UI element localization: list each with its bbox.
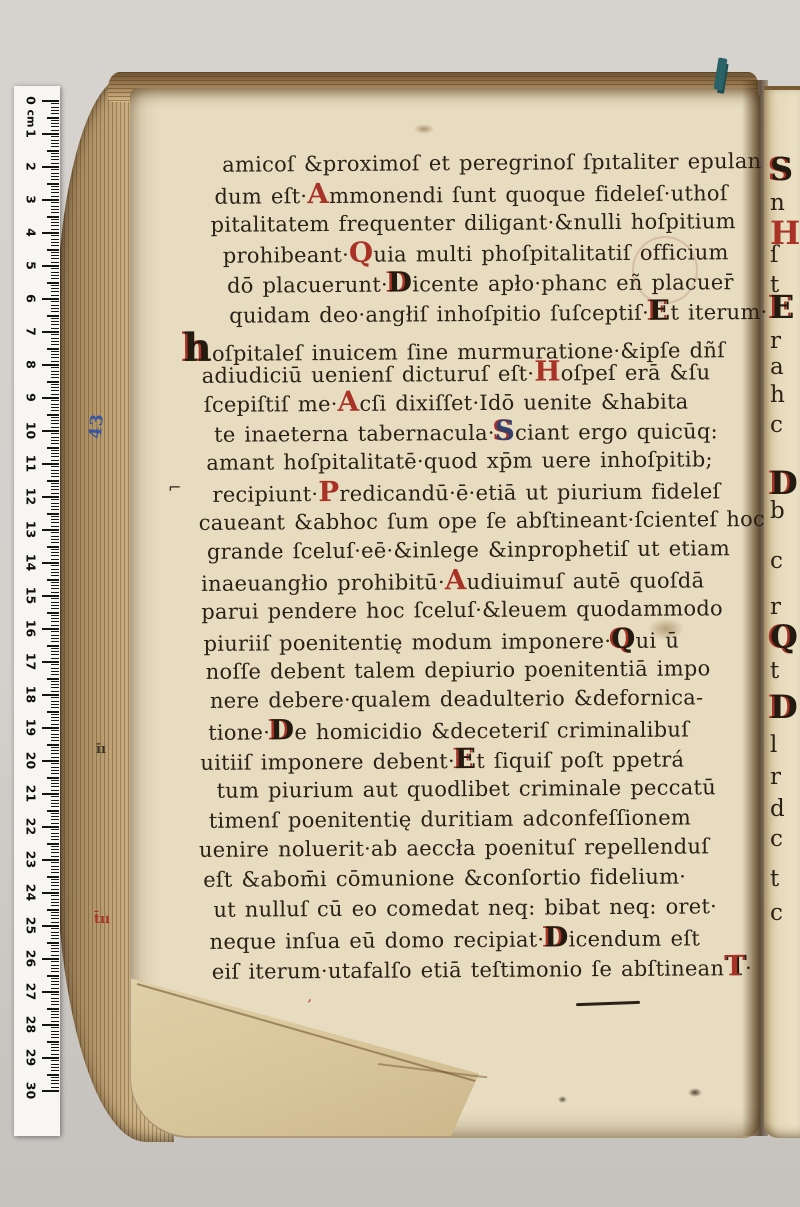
manuscript-line: hoſpitaleſ inuicem ſine murmuratione·&ip… — [183, 326, 758, 360]
ruler-tick — [42, 463, 59, 465]
ruler-tick — [51, 1054, 59, 1055]
ruler-tick — [51, 400, 59, 401]
text-segment: ut nulluſ cū eo comedat neq: bibat neq: … — [213, 894, 717, 922]
ruler-tick — [51, 489, 59, 490]
ruler-tick — [51, 862, 59, 863]
text-segment: t iterum· — [670, 300, 767, 325]
ruler-tick — [51, 572, 59, 573]
ruler-tick — [51, 291, 59, 292]
ruler-tick — [51, 592, 59, 593]
ruler-tick — [51, 882, 59, 883]
ruler-tick — [51, 681, 59, 682]
ruler-tick — [51, 202, 59, 203]
ruler-tick — [47, 810, 59, 812]
paragraph-mark: ⌐ — [168, 478, 181, 497]
decorated-initial: D — [388, 266, 413, 299]
ruler-tick — [51, 374, 59, 375]
ruler-tick — [47, 249, 59, 251]
ruler-tick — [51, 453, 59, 454]
ruler-tick — [51, 1021, 59, 1022]
ruler-tick — [51, 922, 59, 923]
text-segment: adiudiciū uenienſ dicturuſ eſt· — [202, 361, 535, 387]
ruler-tick — [51, 803, 59, 804]
ruler-tick — [51, 499, 59, 500]
ruler-tick — [42, 265, 59, 267]
facing-page-letter: b — [770, 498, 785, 524]
ruler-tick — [51, 932, 59, 933]
manuscript-line: uitiiſ imponere debent·Et ſiquiſ poſt pp… — [200, 743, 761, 777]
ruler-tick — [51, 951, 59, 952]
ruler-number: 13 — [24, 519, 39, 541]
text-segment: ciant ergo quicūq: — [515, 419, 718, 444]
ruler-tick — [51, 407, 59, 408]
facing-page-letter: D — [770, 688, 798, 726]
ruler-tick — [51, 506, 59, 507]
ruler-tick — [42, 562, 59, 564]
ruler-tick — [51, 757, 59, 758]
ruler-tick — [51, 753, 59, 754]
ruler-tick — [51, 988, 59, 989]
ruler-number: 1 — [24, 123, 39, 145]
text-segment: nere debere·qualem deadulterio &defornic… — [210, 686, 704, 713]
ruler-tick — [42, 628, 59, 630]
ruler-tick — [51, 1060, 59, 1061]
ruler-tick — [42, 331, 59, 333]
quire-mark-dark: ı̄ı — [96, 742, 106, 757]
manuscript-line: parui pendere hoc ſceluſ·&leuem quodammo… — [201, 594, 760, 628]
ruler-tick — [51, 819, 59, 820]
manuscript-line: recipiunt·Predicandū·ē·etiā ut piurium f… — [212, 475, 759, 509]
ruler-tick — [51, 638, 59, 639]
text-segment: cſi dixiſſet·Idō uenite &habita — [359, 390, 688, 416]
text-segment: icente apło·phanc eñ placuer̄ — [412, 270, 734, 296]
manuscript-line: ut nulluſ cū eo comedat neq: bibat neq: … — [213, 892, 762, 926]
ruler-tick — [42, 1024, 59, 1026]
ruler-tick — [51, 783, 59, 784]
ruler-tick — [51, 714, 59, 715]
ruler-tick — [51, 994, 59, 995]
ruler-tick — [42, 925, 59, 927]
decorated-initial: D — [544, 920, 569, 953]
text-segment: e homicidio &deceteriſ criminalibuſ — [294, 718, 689, 745]
text-segment: ui ū — [636, 628, 680, 652]
ruler-tick — [51, 1087, 59, 1088]
ruler-number: 20 — [24, 750, 39, 772]
text-segment: dum eſt· — [214, 184, 307, 209]
ruler-tick — [51, 344, 59, 345]
ruler-tick — [51, 176, 59, 177]
ruler-number: 15 — [24, 585, 39, 607]
ruler-tick — [51, 522, 59, 523]
ruler-tick — [51, 516, 59, 517]
ruler-tick — [51, 503, 59, 504]
ruler-tick — [51, 915, 59, 916]
ruler-tick — [51, 899, 59, 900]
ruler-tick — [51, 641, 59, 642]
ruler-tick — [51, 433, 59, 434]
ruler-tick — [51, 605, 59, 606]
ruler-tick — [47, 975, 59, 977]
ruler-tick — [51, 212, 59, 213]
ruler-tick — [47, 909, 59, 911]
ruler-tick — [51, 704, 59, 705]
ruler-tick — [51, 390, 59, 391]
ruler-tick — [51, 450, 59, 451]
ruler-tick — [51, 872, 59, 873]
ruler-tick — [51, 417, 59, 418]
ruler-tick — [51, 984, 59, 985]
ruler-tick — [51, 1047, 59, 1048]
ruler-tick — [51, 536, 59, 537]
ruler-tick — [51, 268, 59, 269]
ruler-tick — [42, 529, 59, 531]
ruler-tick — [51, 473, 59, 474]
ruler-tick — [51, 737, 59, 738]
ruler-tick — [47, 1041, 59, 1043]
ruler-tick — [47, 513, 59, 515]
ruler-tick — [51, 687, 59, 688]
ruler-tick — [42, 958, 59, 960]
facing-page-letter: S — [770, 150, 793, 188]
ruler-tick — [42, 727, 59, 729]
ruler-tick — [51, 103, 59, 104]
ruler-number: 9 — [24, 387, 39, 409]
ruler-tick — [51, 493, 59, 494]
ruler-tick — [51, 130, 59, 131]
ruler-tick — [51, 588, 59, 589]
ruler-tick — [51, 427, 59, 428]
ruler-tick — [51, 691, 59, 692]
ruler-tick — [51, 219, 59, 220]
ruler-tick — [51, 123, 59, 124]
ruler-tick — [51, 866, 59, 867]
ruler-tick — [51, 767, 59, 768]
ruler-tick — [51, 602, 59, 603]
ruler-tick — [51, 361, 59, 362]
ruler-tick — [47, 678, 59, 680]
facing-page-letter: n — [770, 190, 785, 216]
ruler-tick — [51, 255, 59, 256]
ruler-tick — [51, 555, 59, 556]
ruler-tick — [51, 829, 59, 830]
ruler-number: 24 — [24, 882, 39, 904]
ruler-tick — [51, 209, 59, 210]
ruler-tick — [51, 806, 59, 807]
ruler-tick — [51, 823, 59, 824]
ruler-tick — [51, 377, 59, 378]
manuscript-line: tum piurium aut quodlibet criminale pecc… — [216, 773, 761, 807]
decorated-initial: H — [534, 354, 561, 387]
ruler-tick — [47, 612, 59, 614]
facing-page-letter: c — [770, 900, 783, 926]
text-segment: pitalitatem frequenter diligant·&nulli h… — [211, 209, 736, 237]
ruler-tick — [51, 470, 59, 471]
ruler-tick — [51, 262, 59, 263]
ruler-tick — [51, 852, 59, 853]
ruler-tick — [42, 760, 59, 762]
ruler-tick — [51, 1011, 59, 1012]
ruler-tick — [51, 272, 59, 273]
ruler-tick — [51, 833, 59, 834]
manuscript-line: nere debere·qualem deadulterio &defornic… — [210, 683, 761, 717]
ruler-tick — [47, 447, 59, 449]
ruler-tick — [51, 621, 59, 622]
ruler-tick — [51, 770, 59, 771]
manuscript-line: dum eſt·Ammonendi ſunt quoque fideleſ·ut… — [214, 177, 757, 211]
ruler-tick — [51, 539, 59, 540]
ruler-tick — [51, 701, 59, 702]
ruler-tick — [51, 126, 59, 127]
facing-page-letter: d — [770, 796, 785, 822]
manuscript-line: adiudiciū uenienſ dicturuſ eſt·Hoſpeſ er… — [202, 356, 759, 390]
ruler-tick — [51, 800, 59, 801]
text-segment: mmonendi ſunt quoque fideleſ·uthoſ — [329, 181, 728, 208]
text-segment: dō placuerunt· — [227, 273, 388, 298]
ruler-tick — [51, 476, 59, 477]
ruler-tick — [51, 1077, 59, 1078]
ruler-tick — [51, 321, 59, 322]
text-segment: timenſ poenitentię duritiam adconfeſſion… — [209, 805, 691, 832]
decorated-initial: A — [337, 385, 359, 418]
manuscript-line: amant hoſpitalitatē·quod xp̄m uere inhoſ… — [206, 445, 759, 479]
ruler-tick — [51, 420, 59, 421]
ruler-number: 16 — [24, 618, 39, 640]
decorated-initial: T — [724, 949, 745, 982]
ruler-tick — [47, 348, 59, 350]
text-segment: t ſiquiſ poſt ppetrá — [476, 747, 684, 772]
manuscript-line: eiſ iterum·utafalſo etiā teſtimonio ſe a… — [212, 951, 763, 985]
manuscript-line: pitalitatem frequenter diligant·&nulli h… — [211, 207, 758, 241]
decorated-initial: Q — [349, 236, 374, 269]
ruler-tick — [51, 549, 59, 550]
ruler-tick — [47, 711, 59, 713]
ruler-tick — [47, 216, 59, 218]
ruler-tick — [47, 876, 59, 878]
ruler-tick — [51, 720, 59, 721]
ruler-tick — [51, 357, 59, 358]
manuscript-line: inaeuangłio prohibitū·Audiuimuſ autē quo… — [201, 564, 760, 598]
ruler-tick — [51, 189, 59, 190]
ruler-tick — [51, 836, 59, 837]
ruler-tick — [51, 1064, 59, 1065]
facing-page-letter: c — [770, 826, 783, 852]
ruler-tick — [51, 371, 59, 372]
text-segment: redicandū·ē·etiā ut piurium fideleſ — [339, 479, 720, 506]
ruler-tick — [51, 423, 59, 424]
ruler-tick — [42, 892, 59, 894]
manuscript-line: piuriiſ poenitentię modum imponere·Qui ū — [203, 624, 760, 658]
manuscript-line: neque inſua eū domo recipiat·Dicendum eſ… — [210, 922, 763, 956]
ruler-tick — [51, 275, 59, 276]
ruler-tick — [51, 945, 59, 946]
ruler-tick — [51, 928, 59, 929]
text-segment: tum piurium aut quodlibet criminale pecc… — [216, 775, 716, 802]
ruler-tick — [51, 635, 59, 636]
ruler-tick — [47, 150, 59, 152]
ruler-tick — [42, 166, 59, 168]
ruler-tick — [51, 1027, 59, 1028]
ruler-tick — [51, 697, 59, 698]
ruler-tick — [51, 585, 59, 586]
ruler-tick — [51, 625, 59, 626]
manuscript-line: eſt &abom̄i cōmunione &conſortio fideliu… — [203, 862, 762, 896]
ruler-tick — [51, 981, 59, 982]
ruler-tick — [51, 648, 59, 649]
decorated-initial: A — [445, 563, 467, 596]
ruler-tick — [51, 334, 59, 335]
facing-page-letter: t — [770, 866, 779, 892]
ruler-tick — [51, 717, 59, 718]
manuscript-line: caueant &abhoc ſum ope ſe abſtineant·ſci… — [199, 505, 760, 539]
ruler-tick — [51, 971, 59, 972]
ruler-tick — [51, 173, 59, 174]
ruler-tick — [51, 324, 59, 325]
text-segment: uitiiſ imponere debent· — [200, 749, 455, 775]
ruler-number: 4 — [24, 222, 39, 244]
ruler-tick — [42, 661, 59, 663]
ruler-tick — [51, 565, 59, 566]
ruler-tick — [51, 305, 59, 306]
ruler-tick — [51, 311, 59, 312]
ruler-tick — [51, 1037, 59, 1038]
ruler-tick — [51, 905, 59, 906]
ruler-tick — [51, 460, 59, 461]
ruler-tick — [51, 879, 59, 880]
ruler-tick — [51, 509, 59, 510]
ruler-tick — [42, 364, 59, 366]
ruler-tick — [51, 796, 59, 797]
ruler-tick — [47, 315, 59, 317]
ruler-number: 12 — [24, 486, 39, 508]
ruler-tick — [42, 991, 59, 993]
ruler-tick — [47, 579, 59, 581]
ruler-tick — [42, 232, 59, 234]
ruler-tick — [51, 671, 59, 672]
manuscript-line: tione·De homicidio &deceteriſ criminalib… — [208, 713, 761, 747]
facing-page-letter: t — [770, 658, 779, 684]
manuscript-line: grande ſceluſ·eē·&inlege &inprophetiſ ut… — [207, 534, 760, 568]
ruler-tick — [51, 575, 59, 576]
ruler-tick — [51, 519, 59, 520]
ruler-tick — [51, 440, 59, 441]
ruler-tick — [42, 859, 59, 861]
decorated-initial: D — [270, 713, 295, 746]
ruler-tick — [51, 773, 59, 774]
facing-page-letter: a — [770, 354, 784, 380]
ruler-tick — [51, 813, 59, 814]
ruler-tick — [51, 1067, 59, 1068]
manuscript-line: uenire noluerit·ab aeccła poenituſ repel… — [199, 832, 762, 866]
ruler-tick — [51, 780, 59, 781]
ruler-tick — [51, 1034, 59, 1035]
text-segment: udiuimuſ autē quoſdā — [467, 569, 705, 595]
ruler-tick — [51, 816, 59, 817]
ruler-tick — [51, 456, 59, 457]
ruler-tick — [42, 133, 59, 135]
manuscript-line: quidam deo·angłiſ inhoſpitio ſuſceptiſ·E… — [229, 296, 758, 329]
ruler-tick — [51, 1083, 59, 1084]
ruler-tick — [51, 225, 59, 226]
ruler-tick — [51, 885, 59, 886]
ruler-tick — [42, 826, 59, 828]
ruler-tick — [51, 935, 59, 936]
ruler-tick — [47, 414, 59, 416]
ruler-number: 0 — [24, 90, 39, 112]
ruler-tick — [51, 295, 59, 296]
ruler-tick — [51, 192, 59, 193]
facing-page-letter: c — [770, 412, 783, 438]
ruler-tick — [47, 942, 59, 944]
ruler-number: 7 — [24, 321, 39, 343]
facing-page-letter: l — [770, 732, 777, 758]
ruler-tick — [51, 856, 59, 857]
ruler-tick — [51, 1080, 59, 1081]
text-segment: eiſ iterum·utafalſo etiā teſtimonio ſe a… — [212, 956, 725, 984]
ruler-tick — [42, 1057, 59, 1059]
ruler-tick — [47, 645, 59, 647]
facing-page-letter: E — [770, 288, 794, 326]
ruler-tick — [51, 1001, 59, 1002]
decorated-initial: E — [649, 294, 671, 327]
ruler-tick — [51, 308, 59, 309]
ruler-tick — [51, 998, 59, 999]
ruler-tick — [51, 839, 59, 840]
ruler-number: 2 — [24, 156, 39, 178]
ruler-tick — [51, 285, 59, 286]
ruler-tick — [51, 684, 59, 685]
ruler-number: 27 — [24, 981, 39, 1003]
ruler-tick — [51, 110, 59, 111]
ruler-tick — [51, 153, 59, 154]
ruler-tick — [42, 298, 59, 300]
ruler-tick — [42, 694, 59, 696]
ruler-tick — [51, 730, 59, 731]
ruler-tick — [51, 338, 59, 339]
ruler-tick — [51, 790, 59, 791]
ruler-tick — [51, 301, 59, 302]
ruler-tick — [51, 245, 59, 246]
manuscript-line: dō placuerunt·Dicente apło·phanc eñ plac… — [227, 266, 758, 300]
text-segment: caueant &abhoc ſum ope ſe abſtineant·ſci… — [199, 507, 765, 535]
text-segment: noſſe debent talem depiurio poenitentiā … — [206, 656, 711, 684]
ruler-tick — [51, 387, 59, 388]
ruler-tick — [51, 569, 59, 570]
ruler-tick — [47, 183, 59, 185]
ruler-tick — [51, 394, 59, 395]
text-segment: parui pendere hoc ſceluſ·&leuem quodammo… — [201, 596, 723, 624]
ruler-tick — [51, 1017, 59, 1018]
ruler-number: 18 — [24, 684, 39, 706]
ruler-number: 26 — [24, 948, 39, 970]
text-segment: te inaeterna tabernacula· — [214, 421, 495, 447]
ruler-tick — [51, 351, 59, 352]
ruler-tick — [51, 229, 59, 230]
quire-mark-red: t̄ıı — [94, 914, 110, 925]
ruler-tick — [51, 938, 59, 939]
ruler-tick — [42, 397, 59, 399]
ruler-tick — [51, 186, 59, 187]
ruler-tick — [51, 552, 59, 553]
ruler-number: 11 — [24, 453, 39, 475]
ruler-number: 29 — [24, 1047, 39, 1069]
ruler-tick — [51, 1044, 59, 1045]
ruler-tick — [51, 258, 59, 259]
ruler-tick — [51, 163, 59, 164]
ruler-tick — [47, 282, 59, 284]
ruler-tick — [51, 483, 59, 484]
ruler-tick — [47, 1074, 59, 1076]
manuscript-line: ſcepiſtiſ me·Acſi dixiſſet·Idō uenite &h… — [204, 385, 759, 419]
